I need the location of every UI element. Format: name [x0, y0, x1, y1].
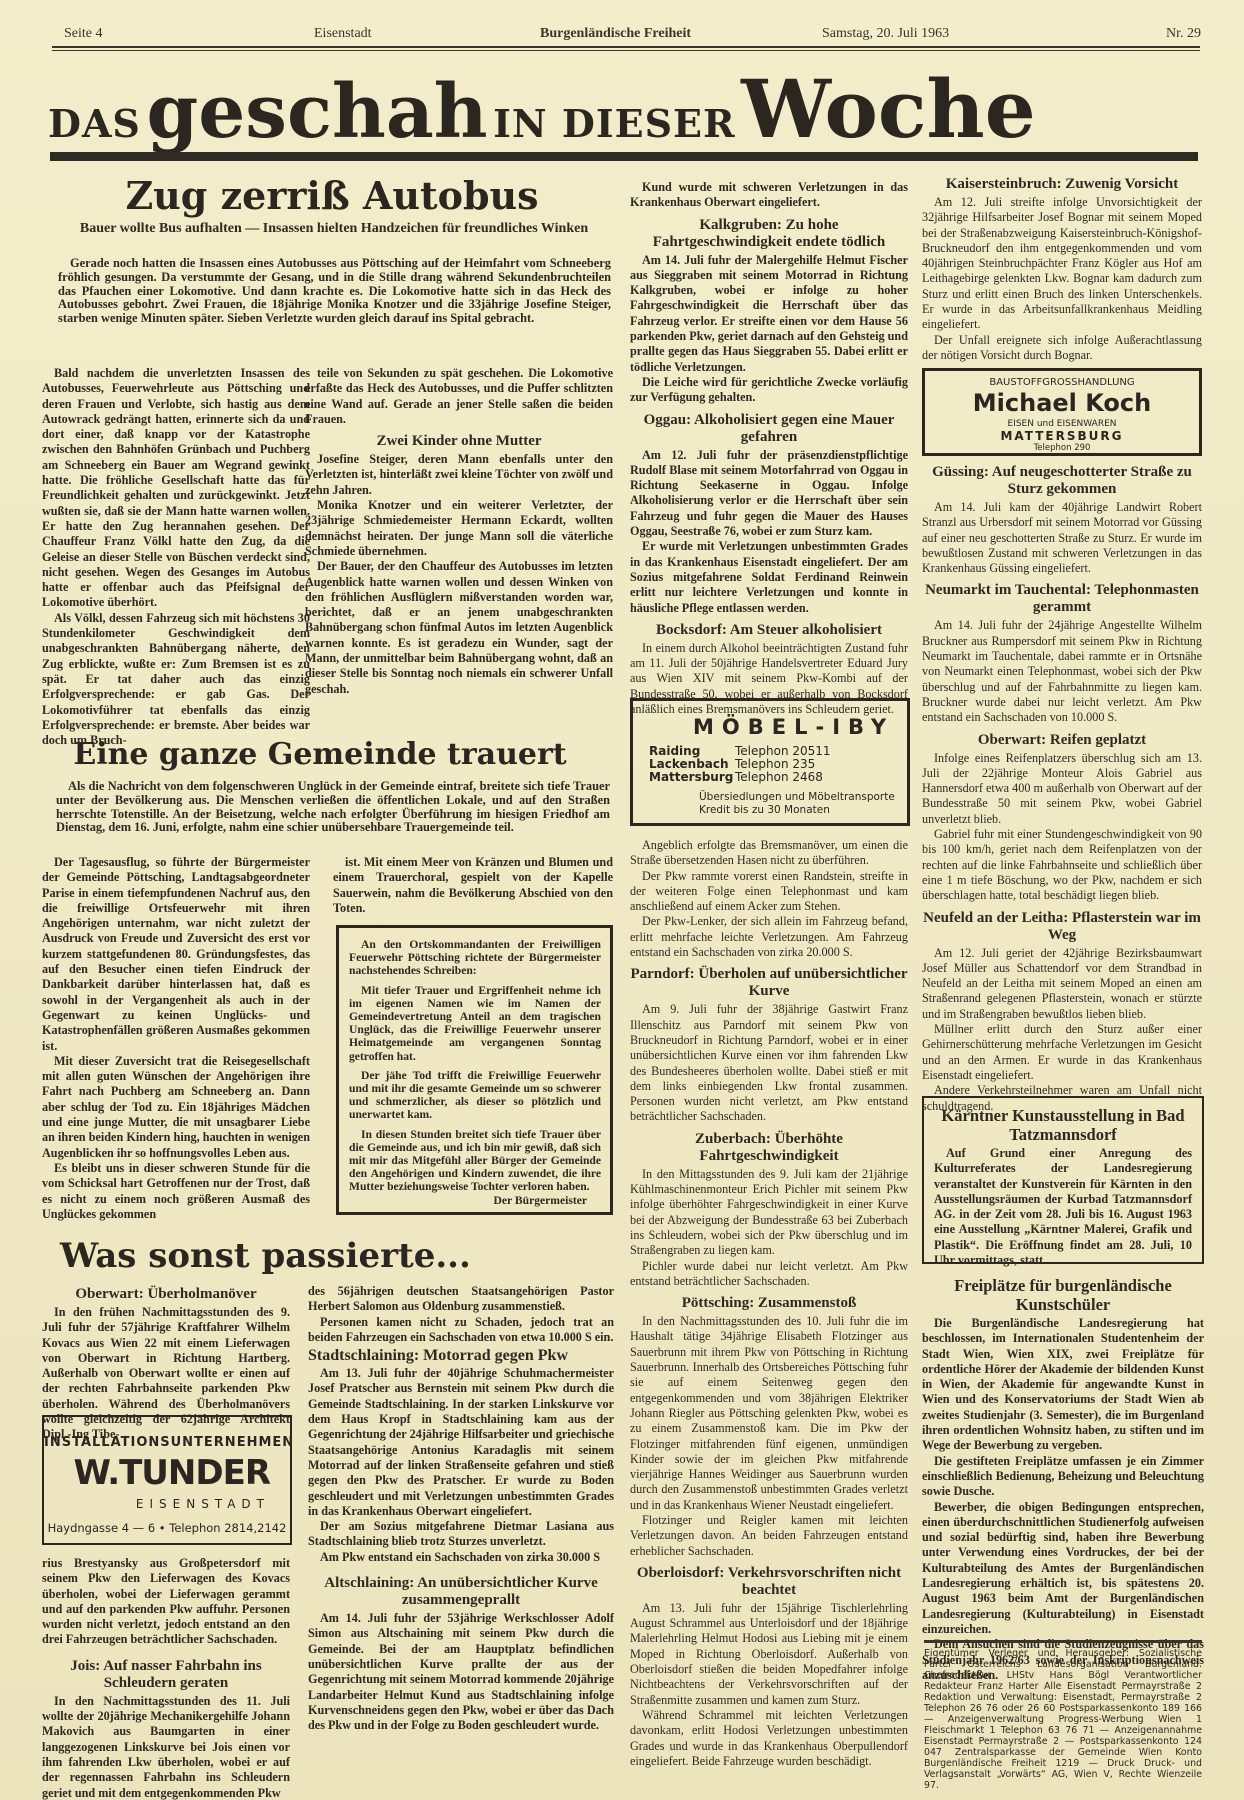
imprint-rule [924, 1640, 1202, 1643]
masthead-rule [52, 46, 1200, 48]
story-jois-title: Jois: Auf nasser Fahrbahn ins Schleudern… [42, 1658, 290, 1692]
story-zuberbach-title: Zuberbach: Überhöhte Fahrtgeschwindigkei… [630, 1131, 908, 1165]
other-col2: des 56jährigen deutschen Staatsangehörig… [308, 1284, 614, 1733]
story-stadtschlaining-title: Stadtschlaining: Motorrad gegen Pkw [308, 1347, 614, 1364]
column-4: Kaisersteinbruch: Zuwenig Vorsicht Am 12… [922, 176, 1202, 363]
paper-name: Burgenländische Freiheit [540, 26, 691, 42]
banner-word-woche: Woche [741, 62, 1035, 156]
masthead-rule-2 [52, 50, 1200, 51]
ad-michael-koch: BAUSTOFFGROSSHANDLUNG Michael Koch EISEN… [922, 368, 1202, 456]
masthead-city: Eisenstadt [314, 26, 372, 42]
letter-intro: An den Ortskommandanten der Freiwilligen… [349, 938, 601, 978]
story-oggau-title: Oggau: Alkoholisiert gegen eine Mauer ge… [630, 412, 908, 446]
story-parndorf-title: Parndorf: Überholen auf unübersichtliche… [630, 966, 908, 1000]
story-oberloisdorf-title: Oberloisdorf: Verkehrsvorschriften nicht… [630, 1565, 908, 1599]
story-poettsching-title: Pöttsching: Zusammenstoß [630, 1295, 908, 1312]
letter-signature: Der Bürgermeister [349, 1194, 601, 1207]
story-kalkgruben-title: Kalkgruben: Zu hohe Fahrtgeschwindigkeit… [630, 217, 908, 251]
story-oberwart-reifen-title: Oberwart: Reifen geplatzt [922, 732, 1202, 749]
story-kaisersteinbruch-title: Kaisersteinbruch: Zuwenig Vorsicht [922, 176, 1202, 193]
banner-word-das: DAS [48, 101, 141, 146]
kunstausstellung-box: Kärntner Kunstausstellung in Bad Tatzman… [922, 1096, 1204, 1264]
ad-tunder: INSTALLATIONSUNTERNEHMEN W.TUNDER EISENS… [42, 1415, 292, 1545]
headline-zug-zerriss-autobus: Zug zerriß Autobus [52, 174, 612, 218]
section-banner: DAS geschah IN DIESER Woche [48, 64, 1198, 154]
ad-tunder-name: W.TUNDER [44, 1453, 270, 1493]
mayor-letter-box: An den Ortskommandanten der Freiwilligen… [336, 925, 613, 1215]
ad-koch-name: Michael Koch [925, 389, 1199, 417]
mourning-lead: Als die Nachricht von dem folgenschweren… [56, 780, 610, 835]
issue-number: Nr. 29 [1166, 26, 1201, 42]
ad-iby-name: MÖBEL-IBY [693, 715, 894, 739]
story-guessing-title: Güssing: Auf neugeschotterter Straße zu … [922, 464, 1202, 498]
subsection-zwei-kinder: Zwei Kinder ohne Mutter [305, 433, 613, 450]
article-main-col2: teile von Sekunden zu spät geschehen. Di… [305, 366, 613, 697]
page-number: Seite 4 [64, 26, 103, 42]
newspaper-page: Seite 4 Eisenstadt Burgenländische Freih… [0, 0, 1244, 1800]
article-main-col1: Bald nachdem die unverletzten Insassen d… [42, 366, 310, 748]
ad-moebel-iby: MÖBEL-IBY RaidingTelephon 20511 Lackenba… [630, 698, 910, 826]
story-altschlaining-title: Altschlaining: An unübersichtlicher Kurv… [308, 1575, 614, 1609]
headline-was-sonst-passierte: Was sonst passierte... [60, 1236, 560, 1276]
mourning-col2: ist. Mit einem Meer von Kränzen und Blum… [333, 855, 613, 916]
masthead: Seite 4 Eisenstadt Burgenländische Freih… [52, 22, 1200, 46]
story-neufeld-title: Neufeld an der Leitha: Pflasterstein war… [922, 910, 1202, 944]
imprint: Eigentümer Verleger und Herausgeber: Soz… [924, 1648, 1202, 1791]
subhead-bauer: Bauer wollte Bus aufhalten — Insassen hi… [56, 220, 612, 237]
column-3-lower: Angeblich erfolgte das Bremsmanöver, um … [630, 838, 908, 1769]
column-3: Kund wurde mit schweren Verletzungen in … [630, 180, 908, 717]
headline-gemeinde-trauert: Eine ganze Gemeinde trauert [60, 737, 580, 773]
story-oberwart-cont: rius Brestyansky aus Großpetersdorf mit … [42, 1556, 290, 1800]
mourning-col1: Der Tagesausflug, so führte der Bürgerme… [42, 855, 310, 1222]
banner-word-in-dieser: IN DIESER [493, 101, 735, 146]
lead-paragraph: Gerade noch hatten die Insassen eines Au… [58, 257, 611, 326]
story-neumarkt-title: Neumarkt im Tauchental: Telephonmasten g… [922, 582, 1202, 616]
banner-word-geschah: geschah [146, 69, 487, 155]
issue-date: Samstag, 20. Juli 1963 [822, 26, 949, 42]
banner-rule [50, 152, 1198, 161]
freiplaetze-title: Freiplätze für burgenländische Kunstschü… [922, 1276, 1204, 1314]
story-bocksdorf-title: Bocksdorf: Am Steuer alkoholisiert [630, 622, 908, 639]
story-freiplaetze: Freiplätze für burgenländische Kunstschü… [922, 1276, 1204, 1683]
column-4-lower: Güssing: Auf neugeschotterter Straße zu … [922, 464, 1202, 1114]
kunstausstellung-title: Kärntner Kunstausstellung in Bad Tatzman… [934, 1106, 1192, 1144]
